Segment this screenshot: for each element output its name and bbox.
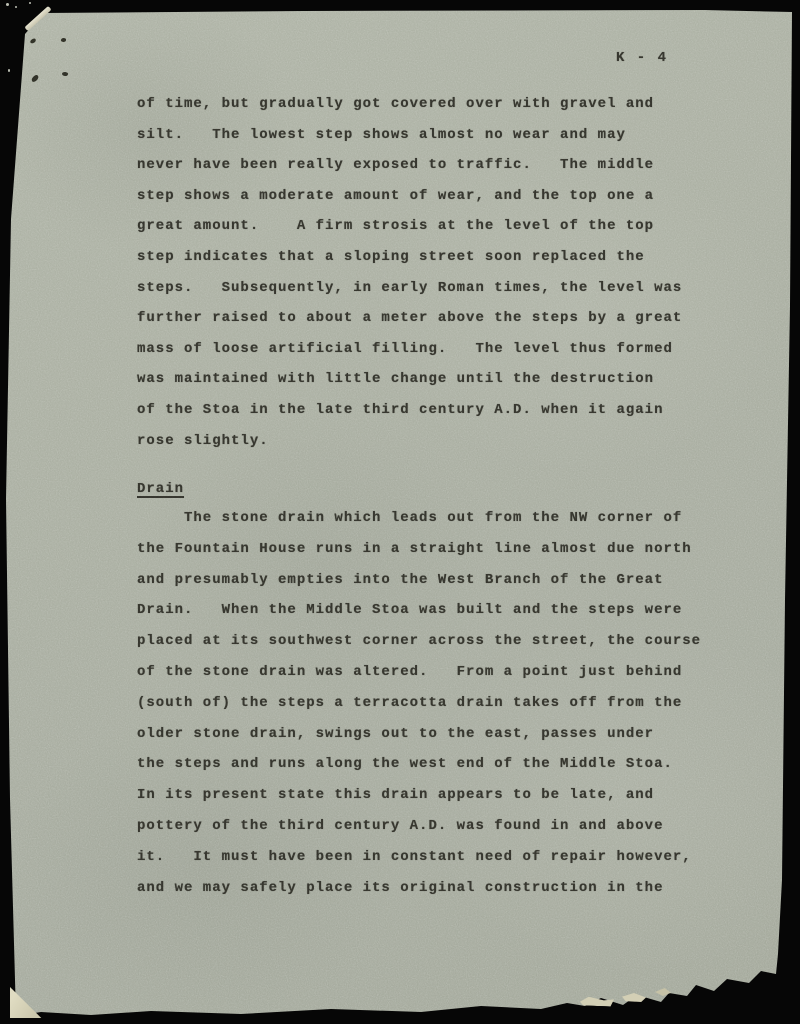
dust-speck: [15, 6, 17, 8]
typed-line: further raised to about a meter above th…: [137, 303, 682, 334]
staple-hole: [62, 71, 69, 76]
paper-sheet: K - 4 of time, but gradually got covered…: [4, 6, 794, 1020]
staple-hole: [30, 74, 39, 83]
typed-line: of the stone drain was altered. From a p…: [137, 657, 701, 688]
typed-line: and presumably empties into the West Bra…: [137, 565, 701, 596]
dust-speck: [8, 69, 10, 72]
typed-line: The stone drain which leads out from the…: [137, 503, 701, 534]
scanned-document-photo: K - 4 of time, but gradually got covered…: [0, 0, 800, 1024]
typed-line: of the Stoa in the late third century A.…: [137, 395, 682, 426]
typed-line: was maintained with little change until …: [137, 364, 682, 395]
typed-line: of time, but gradually got covered over …: [137, 89, 682, 120]
page-number: K - 4: [616, 50, 668, 66]
typed-line: and we may safely place its original con…: [137, 873, 701, 904]
typed-line: In its present state this drain appears …: [137, 780, 701, 811]
typed-line: it. It must have been in constant need o…: [137, 842, 701, 873]
typed-line: mass of loose artificial filling. The le…: [137, 334, 682, 365]
dust-speck: [29, 2, 31, 4]
typed-line: placed at its southwest corner across th…: [137, 626, 701, 657]
typed-line: rose slightly.: [137, 426, 682, 457]
typed-line: older stone drain, swings out to the eas…: [137, 719, 701, 750]
typed-line: step indicates that a sloping street soo…: [137, 242, 682, 273]
section-heading-drain: Drain: [137, 479, 184, 499]
staple-hole: [61, 38, 67, 43]
paragraph-steps: of time, but gradually got covered over …: [137, 89, 682, 456]
typed-line: steps. Subsequently, in early Roman time…: [137, 273, 682, 304]
typed-line: pottery of the third century A.D. was fo…: [137, 811, 701, 842]
typed-line: the Fountain House runs in a straight li…: [137, 534, 701, 565]
typed-line: silt. The lowest step shows almost no we…: [137, 120, 682, 151]
paragraph-drain: The stone drain which leads out from the…: [137, 503, 701, 903]
dust-speck: [6, 3, 9, 6]
typed-line: the steps and runs along the west end of…: [137, 749, 701, 780]
typed-line: never have been really exposed to traffi…: [137, 150, 682, 181]
typed-line: (south of) the steps a terracotta drain …: [137, 688, 701, 719]
typed-line: great amount. A firm strosis at the leve…: [137, 211, 682, 242]
typed-line: Drain. When the Middle Stoa was built an…: [137, 595, 701, 626]
staple-hole: [29, 38, 36, 44]
typed-line: step shows a moderate amount of wear, an…: [137, 181, 682, 212]
